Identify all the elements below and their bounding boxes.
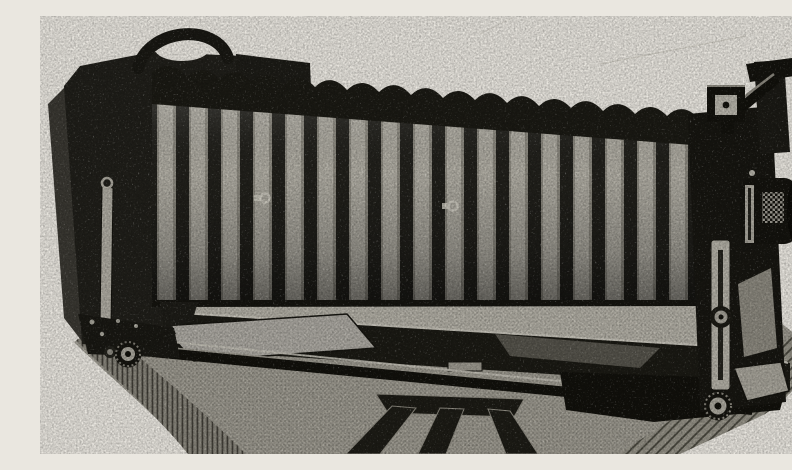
camera-illustration: Black-and-white halftone engraving of an… <box>40 16 792 454</box>
print-grain-light-overlay <box>40 16 792 454</box>
engraving-figure: Black-and-white halftone engraving of an… <box>40 16 792 454</box>
